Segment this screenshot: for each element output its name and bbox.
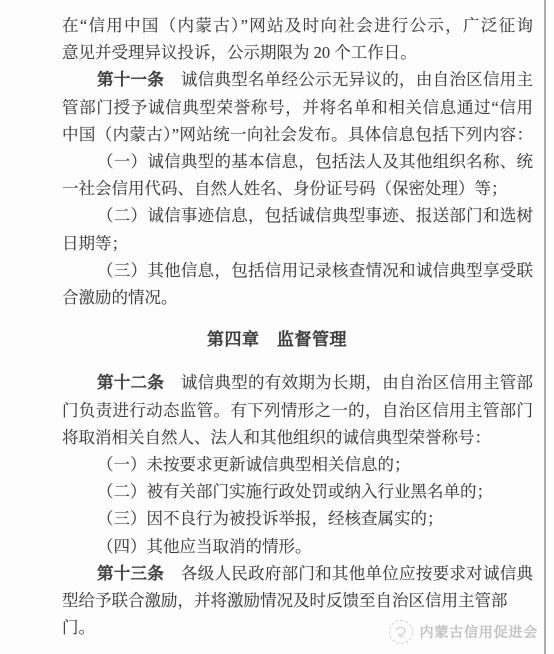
document-line: （一）诚信典型的基本信息，包括法人及其他组织名称、统: [62, 148, 533, 175]
document-line: 门负责进行动态监管。有下列情形之一的，自治区信用主管部门: [62, 397, 533, 424]
line-text: （三）其他信息，包括信用记录核查情况和诚信典型享受联: [97, 261, 533, 280]
document-line: （三）因不良行为被投诉举报，经核查属实的；: [62, 505, 533, 532]
document-line: 在“信用中国（内蒙古）”网站及时向社会进行公示，广泛征询: [62, 12, 533, 39]
document-line: （二）被有关部门实施行政处罚或纳入行业黑名单的；: [62, 478, 533, 505]
line-text: （三）因不良行为被投诉举报，经核查属实的；: [97, 509, 444, 528]
document-line: 意见并受理异议投诉，公示期限为 20 个工作日。: [62, 39, 533, 66]
article-number: 第十三条: [97, 564, 164, 583]
document-line: 中国（内蒙古）”网站统一向社会发布。具体信息包括下列内容：: [62, 121, 533, 148]
line-text: 诚信典型的有效期为长期，由自治区信用主管部: [164, 373, 533, 392]
line-text: 一社会信用代码、自然人姓名、身份证号码（保密处理）等；: [62, 179, 508, 198]
article-number: 第十二条: [97, 373, 164, 392]
watermark-text: 内蒙古信用促进会: [420, 622, 538, 642]
watermark: 内蒙古信用促进会: [389, 617, 538, 647]
line-text: 在“信用中国（内蒙古）”网站及时向社会进行公示，广泛征询: [62, 16, 533, 35]
line-text: 门负责进行动态监管。有下列情形之一的，自治区信用主管部门: [62, 401, 533, 420]
line-text: 意见并受理异议投诉，公示期限为 20 个工作日。: [62, 43, 417, 62]
line-text: 中国（内蒙古）”网站统一向社会发布。具体信息包括下列内容：: [62, 125, 533, 144]
document-line: 第十一条 诚信典型名单经公示无异议的，由自治区信用主: [62, 66, 533, 93]
line-text: 合激励的情况。: [62, 288, 178, 307]
line-text: 管部门授予诚信典型荣誉称号，并将名单和相关信息通过“信用: [62, 98, 533, 117]
document-line: 一社会信用代码、自然人姓名、身份证号码（保密处理）等；: [62, 175, 533, 202]
line-text: （二）被有关部门实施行政处罚或纳入行业黑名单的；: [97, 482, 493, 501]
document-line: 日期等；: [62, 230, 533, 257]
line-text: （二）诚信事迹信息，包括诚信典型事迹、报送部门和选树: [97, 206, 533, 225]
line-text: 日期等；: [62, 234, 128, 253]
document-line: 第十三条 各级人民政府部门和其他单位应按要求对诚信典: [62, 560, 533, 587]
line-text: （一）诚信典型的基本信息，包括法人及其他组织名称、统: [97, 152, 533, 171]
document-line: （二）诚信事迹信息，包括诚信典型事迹、报送部门和选树: [62, 202, 533, 229]
document-line: （三）其他信息，包括信用记录核查情况和诚信典型享受联: [62, 257, 533, 284]
document-body: 在“信用中国（内蒙古）”网站及时向社会进行公示，广泛征询意见并受理异议投诉，公示…: [62, 12, 533, 641]
document-line: 管部门授予诚信典型荣誉称号，并将名单和相关信息通过“信用: [62, 94, 533, 121]
chapter-heading: 第四章 监督管理: [0, 326, 554, 353]
line-text: 将取消相关自然人、法人和其他组织的诚信典型荣誉称号：: [62, 428, 491, 447]
document-line: （四）其他应当取消的情形。: [62, 533, 533, 560]
line-text: （四）其他应当取消的情形。: [97, 537, 312, 556]
article-number: 第十一条: [97, 70, 164, 89]
document-line: 合激励的情况。: [62, 284, 533, 311]
line-text: （一）未按要求更新诚信典型相关信息的；: [97, 455, 411, 474]
line-text: 各级人民政府部门和其他单位应按要求对诚信典: [164, 564, 533, 583]
section-chapter-4: 第十二条 诚信典型的有效期为长期，由自治区信用主管部门负责进行动态监管。有下列情…: [62, 369, 533, 641]
page-edge-line: [544, 0, 546, 654]
association-seal-icon: [389, 620, 413, 644]
document-page: 在“信用中国（内蒙古）”网站及时向社会进行公示，广泛征询意见并受理异议投诉，公示…: [0, 0, 554, 654]
section-article-11: 在“信用中国（内蒙古）”网站及时向社会进行公示，广泛征询意见并受理异议投诉，公示…: [62, 12, 533, 311]
document-line: （一）未按要求更新诚信典型相关信息的；: [62, 451, 533, 478]
document-line: 第十二条 诚信典型的有效期为长期，由自治区信用主管部: [62, 369, 533, 396]
document-line: 将取消相关自然人、法人和其他组织的诚信典型荣誉称号：: [62, 424, 533, 451]
line-text: 诚信典型名单经公示无异议的，由自治区信用主: [164, 70, 533, 89]
